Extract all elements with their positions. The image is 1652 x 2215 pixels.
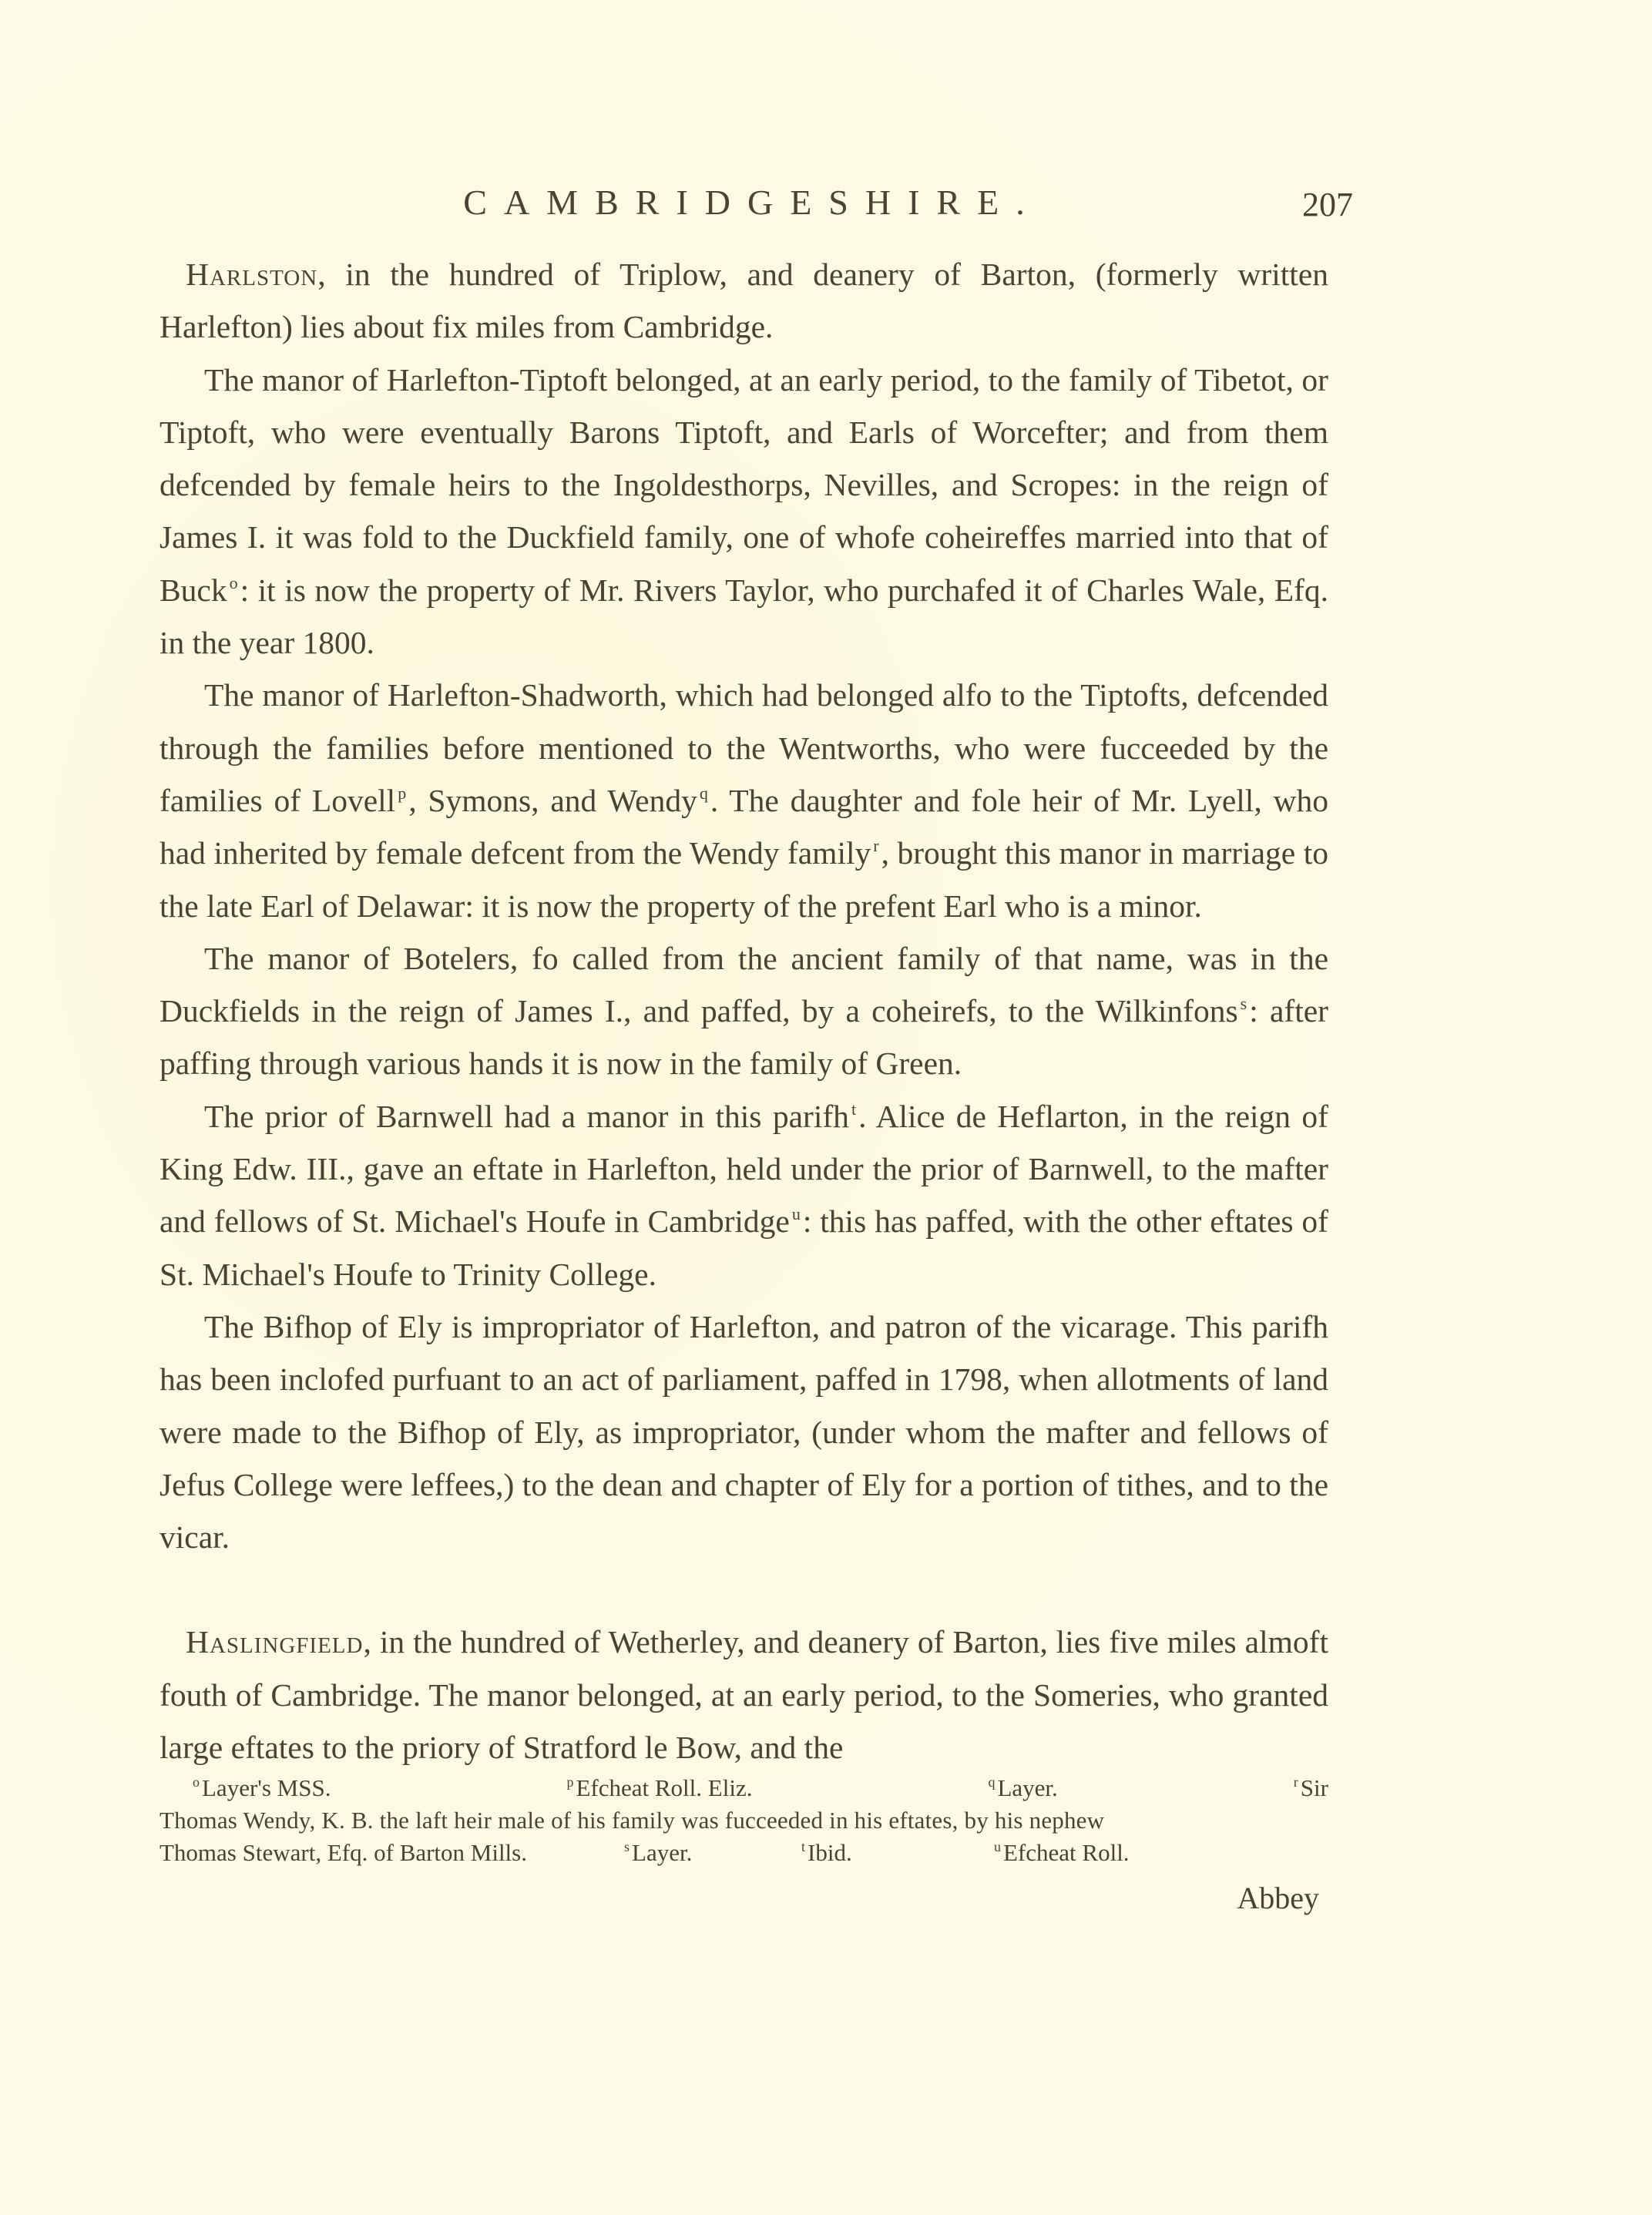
footnote-ref-s: s [1238,994,1250,1013]
footnote-ref-p: p [395,784,408,803]
footnote-ref-r: r [871,836,881,855]
footnote-line-1: oLayer's MSS. pEfcheat Roll. Eliz. qLaye… [159,1772,1328,1804]
paragraph-shadworth-manor: The manor of Harlefton-Shadworth, which … [159,669,1328,931]
footnote-line-3: Thomas Stewart, Efq. of Barton Mills. sL… [159,1837,1328,1869]
paragraph-barnwell-prior: The prior of Barnwell had a manor in thi… [159,1090,1328,1300]
footnote-t: tIbid. [799,1837,992,1869]
footnote-r-continued: Thomas Wendy, K. B. the laft heir male o… [159,1804,1104,1837]
catchword: Abbey [1237,1880,1319,1916]
paragraph-bishop-of-ely: The Bifhop of Ely is impropriator of Har… [159,1300,1328,1563]
footnote-p: pEfcheat Roll. Eliz. [564,1772,752,1804]
page-number: 207 [1302,185,1353,224]
place-name-haslingfield: Haslingfield [186,1624,363,1660]
body-text: Harlston, in the hundred of Triplow, and… [159,248,1328,1774]
footnote-r-end: Thomas Stewart, Efq. of Barton Mills. [159,1837,622,1869]
footnote-u: uEfcheat Roll. [992,1837,1130,1869]
footnote-line-2: Thomas Wendy, K. B. the laft heir male o… [159,1804,1328,1837]
place-name-harlston: Harlston [186,257,317,292]
paragraph-harlston: Harlston, in the hundred of Triplow, and… [159,248,1328,354]
paragraph-haslingfield: Haslingfield, in the hundred of Wetherle… [159,1616,1328,1774]
footnote-q: qLayer. [985,1772,1057,1804]
footnote-ref-o: o [227,573,240,592]
paragraph-botelers-manor: The manor of Botelers, fo called from th… [159,932,1328,1090]
paragraph-tiptoft-manor: The manor of Harlefton-Tiptoft belonged,… [159,354,1328,670]
footnote-r-start: rSir [1291,1772,1328,1804]
running-head: CAMBRIDGESHIRE. 207 [159,182,1328,228]
footnote-o: oLayer's MSS. [159,1772,331,1804]
footnote-ref-t: t [849,1099,858,1119]
footnote-ref-u: u [790,1204,803,1223]
footnotes: oLayer's MSS. pEfcheat Roll. Eliz. qLaye… [159,1772,1328,1869]
footnote-s: sLayer. [622,1837,799,1869]
footnote-ref-q: q [697,784,710,803]
running-title: CAMBRIDGESHIRE. [159,182,1328,223]
